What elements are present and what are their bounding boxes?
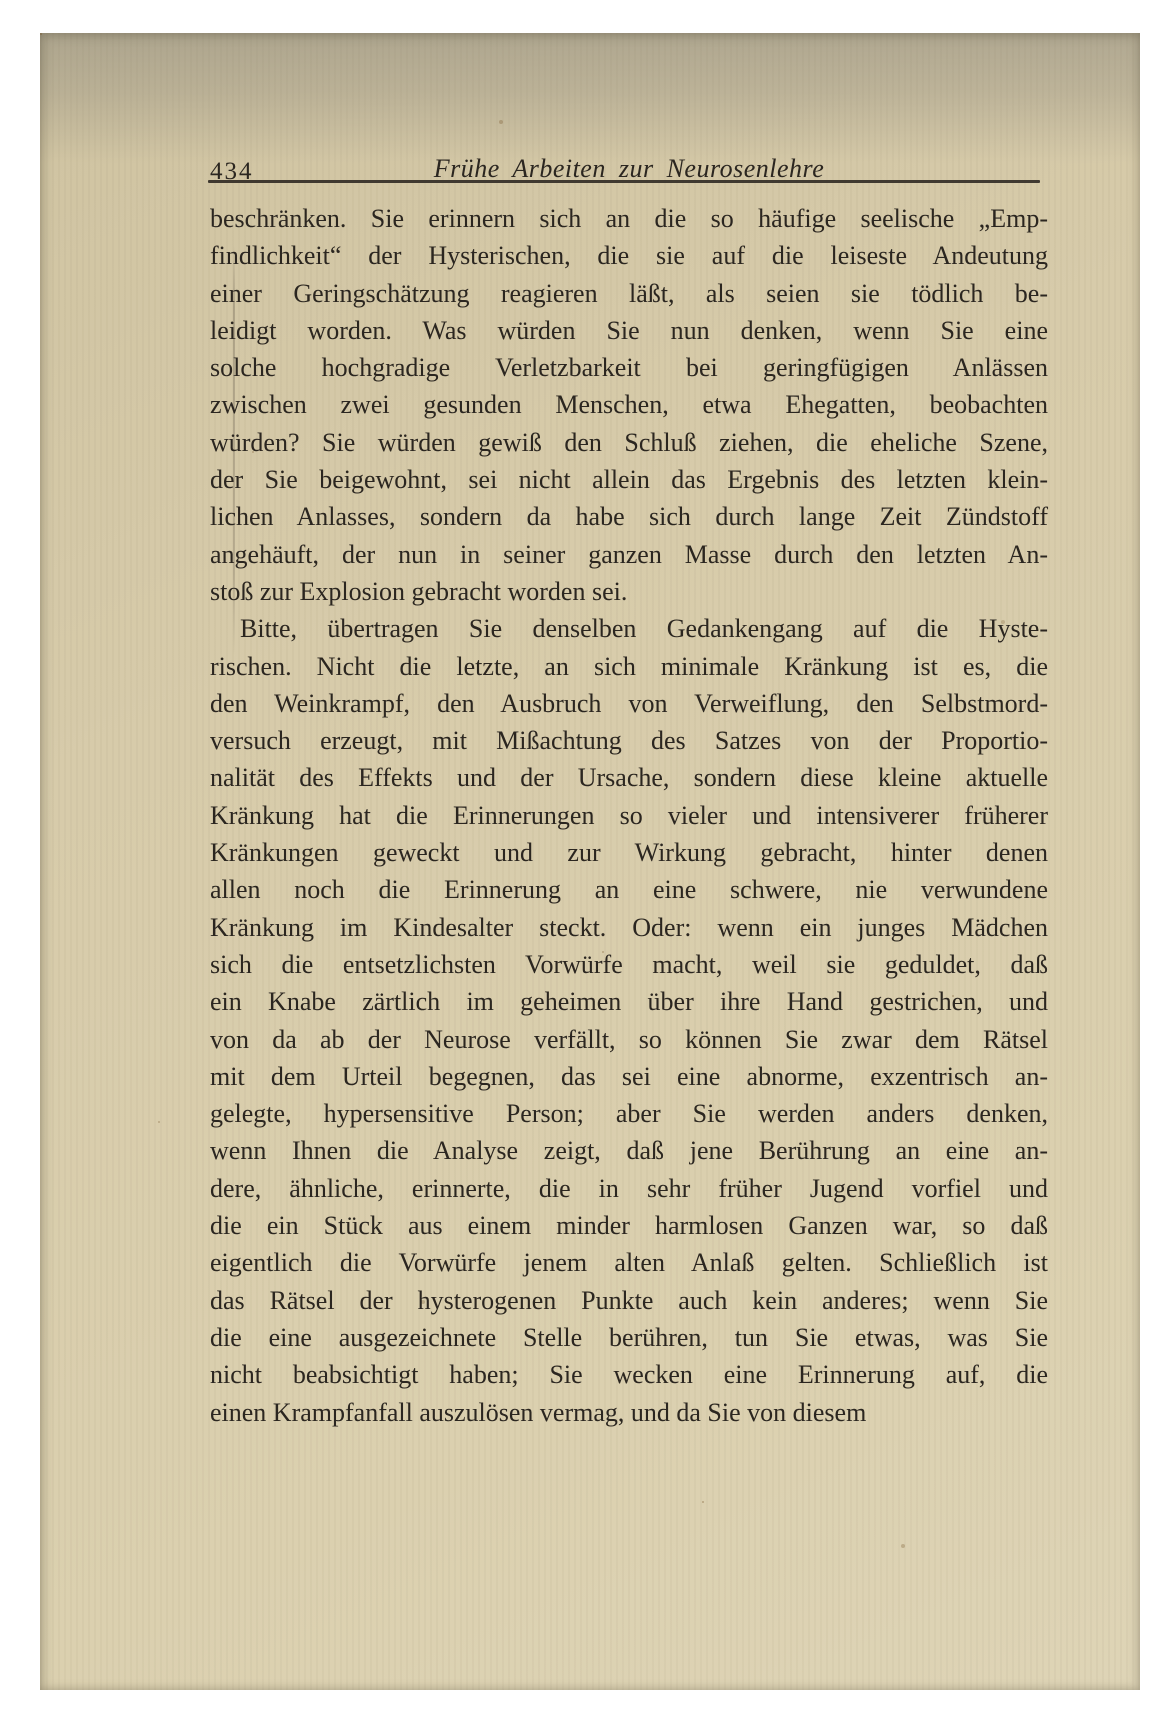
text-line: Bitte, übertragen Sie denselben Gedanken… [210, 610, 1048, 647]
text-line: solche hochgradige Verletzbarkeit bei ge… [210, 349, 1048, 386]
text-line: nicht beabsichtigt haben; Sie wecken ein… [210, 1356, 1048, 1393]
text-line: von da ab der Neurose verfällt, so könne… [210, 1021, 1048, 1058]
text-line: gelegte, hypersensitive Person; aber Sie… [210, 1095, 1048, 1132]
text-line: einen Krampfanfall auszulösen vermag, un… [210, 1394, 1048, 1431]
text-line: allen noch die Erinnerung an eine schwer… [210, 871, 1048, 908]
text-line: eigentlich die Vorwürfe jenem alten Anla… [210, 1244, 1048, 1281]
page-canvas: { "document": { "page_number": "434", "r… [0, 0, 1166, 1727]
header-rule [208, 180, 1040, 183]
text-line: dere, ähnliche, erinnerte, die in sehr f… [210, 1170, 1048, 1207]
paper-specks [40, 33, 42, 35]
text-line: Kränkung im Kindesalter steckt. Oder: we… [210, 909, 1048, 946]
text-line: nalität des Effekts und der Ursache, son… [210, 759, 1048, 796]
text-line: stoß zur Explosion gebracht worden sei. [210, 573, 1048, 610]
text-line: zwischen zwei gesunden Menschen, etwa Eh… [210, 386, 1048, 423]
text-line: würden? Sie würden gewiß den Schluß zieh… [210, 424, 1048, 461]
text-line: der Sie beigewohnt, sei nicht allein das… [210, 461, 1048, 498]
text-line: die eine ausgezeichnete Stelle berühren,… [210, 1319, 1048, 1356]
text-line: das Rätsel der hysterogenen Punkte auch … [210, 1282, 1048, 1319]
text-line: sich die entsetzlichsten Vorwürfe macht,… [210, 946, 1048, 983]
text-line: rischen. Nicht die letzte, an sich minim… [210, 648, 1048, 685]
text-line: leidigt worden. Was würden Sie nun denke… [210, 312, 1048, 349]
text-line: wenn Ihnen die Analyse zeigt, daß jene B… [210, 1132, 1048, 1169]
text-line: ein Knabe zärtlich im geheimen über ihre… [210, 983, 1048, 1020]
body-text: beschränken. Sie erinnern sich an die so… [210, 200, 1048, 1431]
text-line: den Weinkrampf, den Ausbruch von Verweif… [210, 685, 1048, 722]
text-line: mit dem Urteil begegnen, das sei eine ab… [210, 1058, 1048, 1095]
text-line: die ein Stück aus einem minder harmlosen… [210, 1207, 1048, 1244]
text-line: lichen Anlasses, sondern da habe sich du… [210, 498, 1048, 535]
text-line: einer Geringschätzung reagieren läßt, al… [210, 275, 1048, 312]
text-line: versuch erzeugt, mit Mißachtung des Satz… [210, 722, 1048, 759]
text-line: Kränkung hat die Erinnerungen so vieler … [210, 797, 1048, 834]
text-line: beschränken. Sie erinnern sich an die so… [210, 200, 1048, 237]
running-header: Frühe Arbeiten zur Neurosenlehre [210, 155, 1048, 183]
text-line: angehäuft, der nun in seiner ganzen Mass… [210, 536, 1048, 573]
text-line: Kränkungen geweckt und zur Wirkung gebra… [210, 834, 1048, 871]
text-line: findlichkeit“ der Hysterischen, die sie … [210, 237, 1048, 274]
